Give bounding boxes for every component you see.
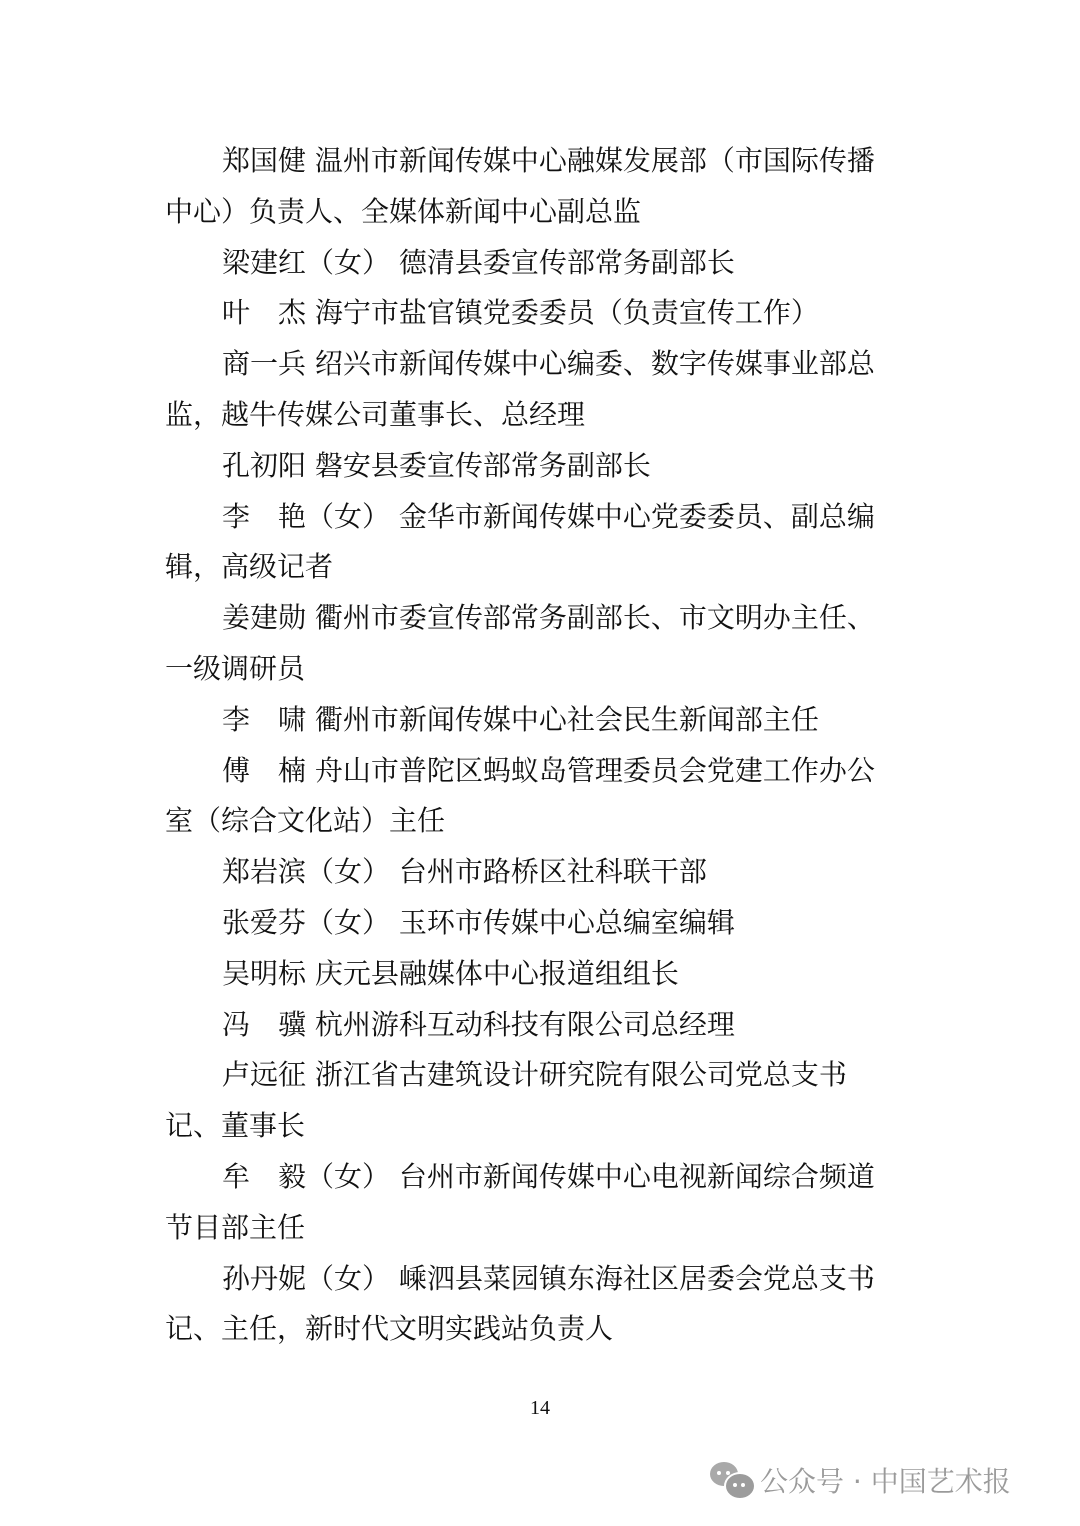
text-line: 姜建勋 衢州市委宣传部常务副部长、市文明办主任、 — [165, 593, 925, 644]
text-line: 一级调研员 — [165, 644, 925, 695]
text-line: 叶 杰 海宁市盐官镇党委委员（负责宣传工作） — [165, 288, 925, 339]
text-line: 卢远征 浙江省古建筑设计研究院有限公司党总支书 — [165, 1050, 925, 1101]
text-line: 室（综合文化站）主任 — [165, 796, 925, 847]
text-line: 冯 骥 杭州游科互动科技有限公司总经理 — [165, 1000, 925, 1051]
watermark: 公众号 · 中国艺术报 — [708, 1460, 1011, 1500]
text-line: 梁建红（女） 德清县委宣传部常务副部长 — [165, 238, 925, 289]
text-line: 李 啸 衢州市新闻传媒中心社会民生新闻部主任 — [165, 695, 925, 746]
text-line: 辑，高级记者 — [165, 542, 925, 593]
watermark-text: 公众号 · 中国艺术报 — [760, 1460, 1011, 1500]
wechat-icon — [708, 1460, 754, 1500]
text-line: 牟 毅（女） 台州市新闻传媒中心电视新闻综合频道 — [165, 1152, 925, 1203]
text-line: 监，越牛传媒公司董事长、总经理 — [165, 390, 925, 441]
text-line: 张爱芬（女） 玉环市传媒中心总编室编辑 — [165, 898, 925, 949]
text-line: 郑岩滨（女） 台州市路桥区社科联干部 — [165, 847, 925, 898]
text-line: 中心）负责人、全媒体新闻中心副总监 — [165, 187, 925, 238]
text-line: 孙丹妮（女） 嵊泗县菜园镇东海社区居委会党总支书 — [165, 1254, 925, 1305]
document-page: 郑国健 温州市新闻传媒中心融媒发展部（市国际传播 中心）负责人、全媒体新闻中心副… — [0, 0, 1080, 1526]
text-line: 李 艳（女） 金华市新闻传媒中心党委委员、副总编 — [165, 492, 925, 543]
text-line: 吴明标 庆元县融媒体中心报道组组长 — [165, 949, 925, 1000]
text-line: 记、主任，新时代文明实践站负责人 — [165, 1304, 925, 1355]
text-line: 孔初阳 磐安县委宣传部常务副部长 — [165, 441, 925, 492]
text-line: 傅 楠 舟山市普陀区蚂蚁岛管理委员会党建工作办公 — [165, 746, 925, 797]
text-line: 郑国健 温州市新闻传媒中心融媒发展部（市国际传播 — [165, 136, 925, 187]
text-line: 记、董事长 — [165, 1101, 925, 1152]
page-number: 14 — [530, 1397, 550, 1420]
name-list: 郑国健 温州市新闻传媒中心融媒发展部（市国际传播 中心）负责人、全媒体新闻中心副… — [165, 136, 925, 1355]
text-line: 节目部主任 — [165, 1203, 925, 1254]
text-line: 商一兵 绍兴市新闻传媒中心编委、数字传媒事业部总 — [165, 339, 925, 390]
